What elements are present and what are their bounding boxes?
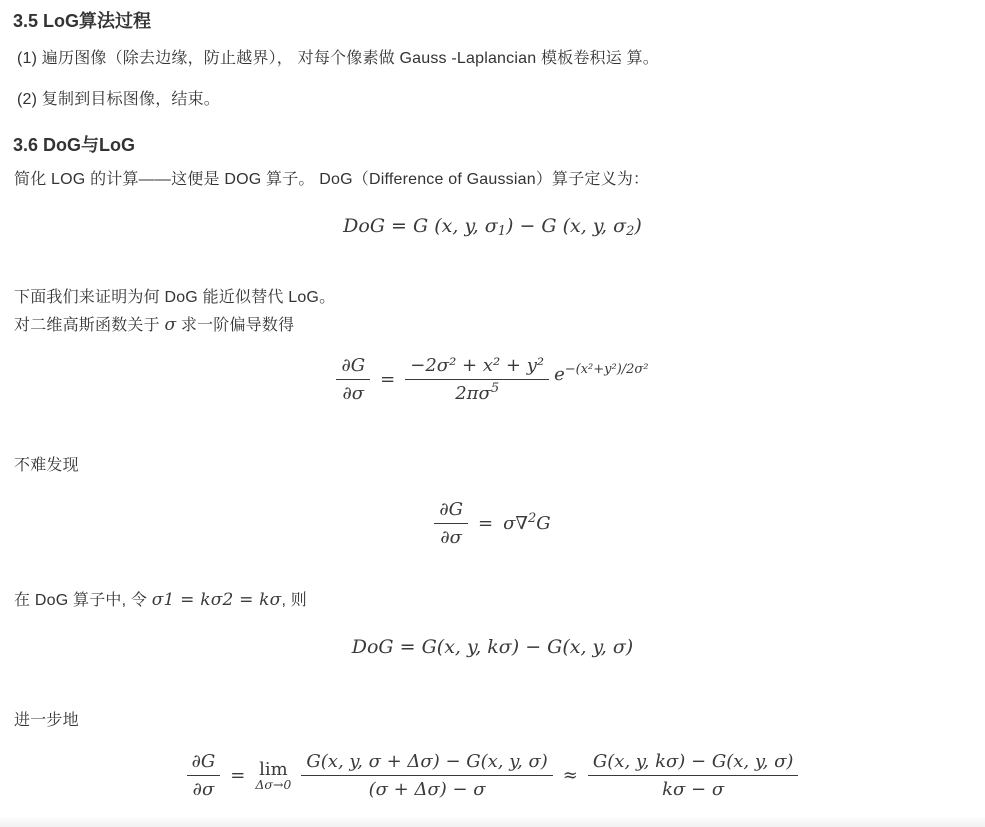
text-segment: , 则 [282,592,308,609]
formula-dog-definition-body: DoG = G (x, y, σ1) − G (x, y, σ2) [343,215,642,237]
section-heading-3-5: 3.5 LoG算法过程 [13,9,151,33]
formula-dog-k-sigma: DoG = G(x, y, kσ) − G(x, y, σ) [0,636,985,658]
formula-dog-definition: DoG = G (x, y, σ1) − G (x, y, σ2) [0,215,985,237]
proof-intro-line1: 下面我们来证明为何 DoG 能近似替代 LoG。 [14,286,335,310]
fraction-numerator: ∂G [434,499,468,524]
fraction-lhs: ∂G ∂σ [336,355,370,404]
inline-math-sigma: σ [164,315,176,335]
fraction-lhs: ∂G ∂σ [434,499,468,548]
equals-sign: = [380,369,395,390]
laplacian-term: σ∇2G [503,513,551,534]
fraction-denominator: ∂σ [435,524,467,548]
fraction-numerator: ∂G [336,355,370,380]
fraction-dog-quotient: G(x, y, kσ) − G(x, y, σ) kσ − σ [588,751,799,800]
log-step-1: (1) 遍历图像（除去边缘，防止越界）， 对每个像素做 Gauss -Lapla… [17,47,659,71]
math-subscript: 1 [498,224,506,239]
equals-sign: = [230,765,245,786]
dog-intro-text: 简化 LOG 的计算——这便是 DOG 算子。 DoG（Difference o… [14,168,649,192]
approx-sign: ≈ [563,765,578,786]
math-text: ) [634,215,641,237]
math-text: G [536,513,550,534]
fraction-lhs: ∂G ∂σ [187,751,221,800]
fraction-numerator: G(x, y, σ + Δσ) − G(x, y, σ) [301,751,552,776]
limit-operator: lim Δσ→0 [255,759,291,792]
fraction-denominator: ∂σ [338,380,370,404]
fraction-denominator: kσ − σ [657,776,729,800]
formula-limit-approximation: ∂G ∂σ = lim Δσ→0 G(x, y, σ + Δσ) − G(x, … [0,751,985,800]
dog-setup-text: 在 DoG 算子中, 令 σ1 = kσ2 = kσ, 则 [14,588,307,613]
formula-dog-k-sigma-body: DoG = G(x, y, kσ) − G(x, y, σ) [352,636,633,658]
article-page: 3.5 LoG算法过程 (1) 遍历图像（除去边缘，防止越界）， 对每个像素做 … [0,0,985,827]
formula-gaussian-partial-derivative: ∂G ∂σ = −2σ² + x² + y² 2πσ5 e−(x²+y²)/2σ… [0,355,985,404]
fraction-difference-quotient: G(x, y, σ + Δσ) − G(x, y, σ) (σ + Δσ) − … [301,751,552,800]
text-segment: 求一阶偏导数得 [176,317,294,334]
proof-intro-line2: 对二维高斯函数关于 σ 求一阶偏导数得 [14,313,294,338]
fraction-denominator: (σ + Δσ) − σ [364,776,491,800]
math-superscript: −(x²+y²)/2σ² [565,362,649,377]
section-heading-3-6: 3.6 DoG与LoG [13,133,135,157]
text-segment: 对二维高斯函数关于 [14,317,164,334]
text-segment: 在 DoG 算子中, 令 [14,592,152,609]
lim-subscript: Δσ→0 [255,777,291,792]
further-text: 进一步地 [14,709,79,733]
fraction-numerator: ∂G [187,751,221,776]
math-text: σ∇ [503,513,528,534]
math-text: ) − G (x, y, σ [506,215,626,237]
fraction-denominator: 2πσ5 [450,380,504,404]
fraction-rhs: −2σ² + x² + y² 2πσ5 [405,355,549,404]
math-text: 2πσ [455,383,491,404]
inline-math-k-sigma: σ1 = kσ2 = kσ [152,590,282,610]
fraction-numerator: G(x, y, kσ) − G(x, y, σ) [588,751,799,776]
math-text: DoG = G (x, y, σ [343,215,498,237]
page-bottom-divider [0,817,985,827]
log-step-2: (2) 复制到目标图像，结束。 [17,88,220,112]
formula-sigma-laplacian: ∂G ∂σ = σ∇2G [0,499,985,548]
equals-sign: = [478,513,493,534]
exponential-term: e−(x²+y²)/2σ² [554,364,648,385]
math-text: e [554,364,565,385]
fraction-numerator: −2σ² + x² + y² [405,355,549,380]
fraction-denominator: ∂σ [188,776,220,800]
observe-text: 不难发现 [14,454,79,478]
math-superscript: 5 [491,381,499,396]
